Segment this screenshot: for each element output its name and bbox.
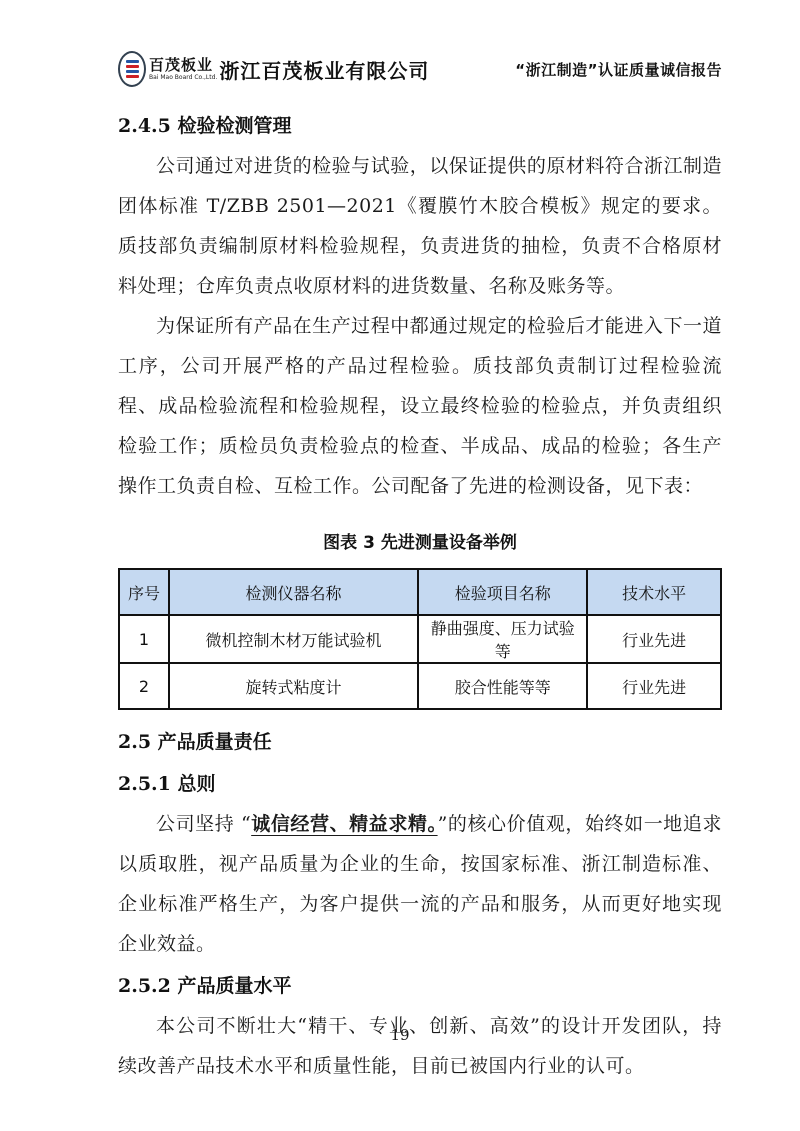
paragraph-inspection-1: 公司通过对进货的检验与试验，以保证提供的原材料符合浙江制造团体标准 T/ZBB … <box>118 146 722 306</box>
cell-instrument: 微机控制木材万能试验机 <box>169 615 418 663</box>
emblem-bar-red <box>126 75 139 78</box>
cell-no: 2 <box>119 663 169 709</box>
table-row: 1 微机控制木材万能试验机 静曲强度、压力试验等 行业先进 <box>119 615 721 663</box>
table-header-instrument: 检测仪器名称 <box>169 569 418 615</box>
core-values-prefix: 公司坚持 “ <box>156 813 251 835</box>
baimao-emblem-icon <box>118 51 146 87</box>
company-name: 浙江百茂板业有限公司 <box>219 55 429 84</box>
page-header: 百茂板业 Bai Mao Board Co.,Ltd. 浙江百茂板业有限公司 “… <box>118 46 722 92</box>
paragraph-quality-level: 本公司不断壮大“精干、专业、创新、高效”的设计开发团队，持续改善产品技术水平和质… <box>118 1006 722 1086</box>
cell-instrument: 旋转式粘度计 <box>169 663 418 709</box>
cell-level: 行业先进 <box>587 663 721 709</box>
logo-name-cn: 百茂板业 <box>149 58 217 73</box>
table-header-item: 检验项目名称 <box>418 569 587 615</box>
document-page: 百茂板业 Bai Mao Board Co.,Ltd. 浙江百茂板业有限公司 “… <box>0 0 800 1131</box>
company-logo: 百茂板业 Bai Mao Board Co.,Ltd. <box>118 51 217 87</box>
emblem-bar-blue <box>126 70 139 73</box>
advanced-equipment-table: 序号 检测仪器名称 检验项目名称 技术水平 1 微机控制木材万能试验机 静曲强度… <box>118 568 722 710</box>
logo-name-en: Bai Mao Board Co.,Ltd. <box>149 75 217 81</box>
logo-text: 百茂板业 Bai Mao Board Co.,Ltd. <box>149 58 217 81</box>
core-values-motto: 诚信经营、精益求精。 <box>251 813 437 835</box>
page-number: 19 <box>0 1026 800 1044</box>
paragraph-core-values: 公司坚持 “诚信经营、精益求精。”的核心价值观，始终如一地追求以质取胜，视产品质… <box>118 804 722 964</box>
table-header-no: 序号 <box>119 569 169 615</box>
table-caption: 图表 3 先进测量设备举例 <box>118 530 722 556</box>
cell-level: 行业先进 <box>587 615 721 663</box>
emblem-bar-red <box>126 65 139 68</box>
cell-item: 胶合性能等等 <box>418 663 587 709</box>
cell-item: 静曲强度、压力试验等 <box>418 615 587 663</box>
table-header-level: 技术水平 <box>587 569 721 615</box>
table-row: 2 旋转式粘度计 胶合性能等等 行业先进 <box>119 663 721 709</box>
paragraph-inspection-2: 为保证所有产品在生产过程中都通过规定的检验后才能进入下一道工序，公司开展严格的产… <box>118 306 722 506</box>
heading-2-5-2: 2.5.2 产品质量水平 <box>118 966 722 1006</box>
table-header-row: 序号 检测仪器名称 检验项目名称 技术水平 <box>119 569 721 615</box>
page-content: 百茂板业 Bai Mao Board Co.,Ltd. 浙江百茂板业有限公司 “… <box>0 0 800 1086</box>
emblem-bar-blue <box>126 60 139 63</box>
heading-2-4-5: 2.4.5 检验检测管理 <box>118 106 722 146</box>
heading-2-5-1: 2.5.1 总则 <box>118 764 722 804</box>
cell-no: 1 <box>119 615 169 663</box>
header-left: 百茂板业 Bai Mao Board Co.,Ltd. 浙江百茂板业有限公司 <box>118 51 429 87</box>
report-title: “浙江制造”认证质量诚信报告 <box>515 59 722 80</box>
heading-2-5: 2.5 产品质量责任 <box>118 722 722 762</box>
